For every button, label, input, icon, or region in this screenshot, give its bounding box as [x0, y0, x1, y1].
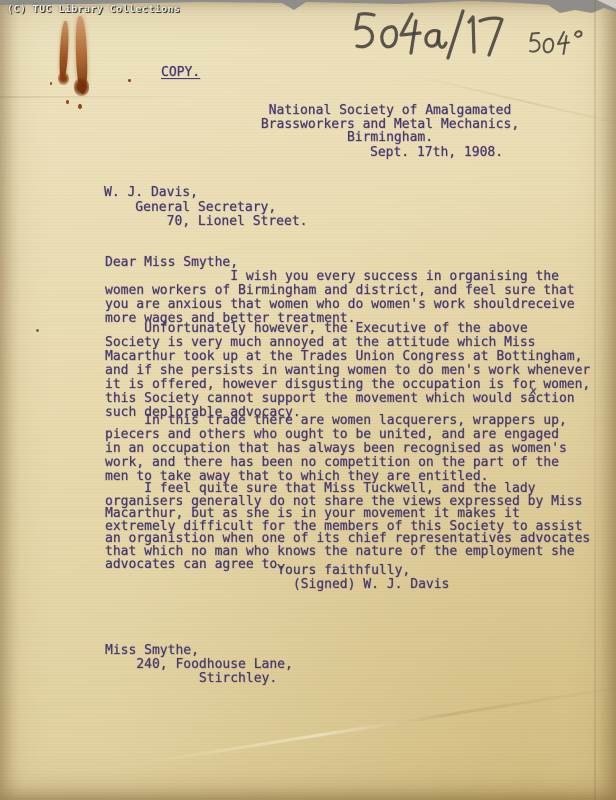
salutation-and-paragraph-1: Dear Miss Smythe, I wish you every succe…	[105, 256, 575, 326]
library-watermark: (C) TUC Library Collections	[7, 4, 180, 15]
paragraph-4: I feel quite sure that Miss Tuckwell, an…	[105, 483, 590, 571]
torn-corner-flap	[597, 0, 616, 9]
rust-speck	[128, 79, 131, 82]
scanned-letter-page: (C) TUC Library Collections COPY. Nation…	[0, 0, 616, 800]
recipient-address: Miss Smythe, 240, Foodhouse Lane, Stirch…	[105, 644, 293, 686]
typed-correction-mark: x	[529, 384, 538, 399]
rust-speck	[66, 100, 69, 104]
pencil-ref-small	[526, 27, 586, 57]
closing-and-signature: Yours faithfully, (Signed) W. J. Davis	[105, 564, 449, 591]
pencil-ref-large	[350, 8, 505, 60]
copy-label: COPY.	[161, 66, 200, 80]
pencil-mark	[36, 329, 39, 332]
rust-stain	[74, 78, 89, 96]
paragraph-3: In this trade there are women lacquerers…	[105, 414, 567, 484]
rust-speck	[78, 104, 82, 109]
letterhead: National Society of Amalgamated Brasswor…	[240, 104, 540, 145]
paragraph-2: Unfortunately however, the Executive of …	[105, 322, 590, 420]
letter-date: Sept. 17th, 1908.	[370, 146, 503, 160]
sender-address: W. J. Davis, General Secretary, 70, Lion…	[104, 186, 308, 230]
rust-stain	[58, 72, 69, 85]
rust-speck	[50, 82, 52, 85]
